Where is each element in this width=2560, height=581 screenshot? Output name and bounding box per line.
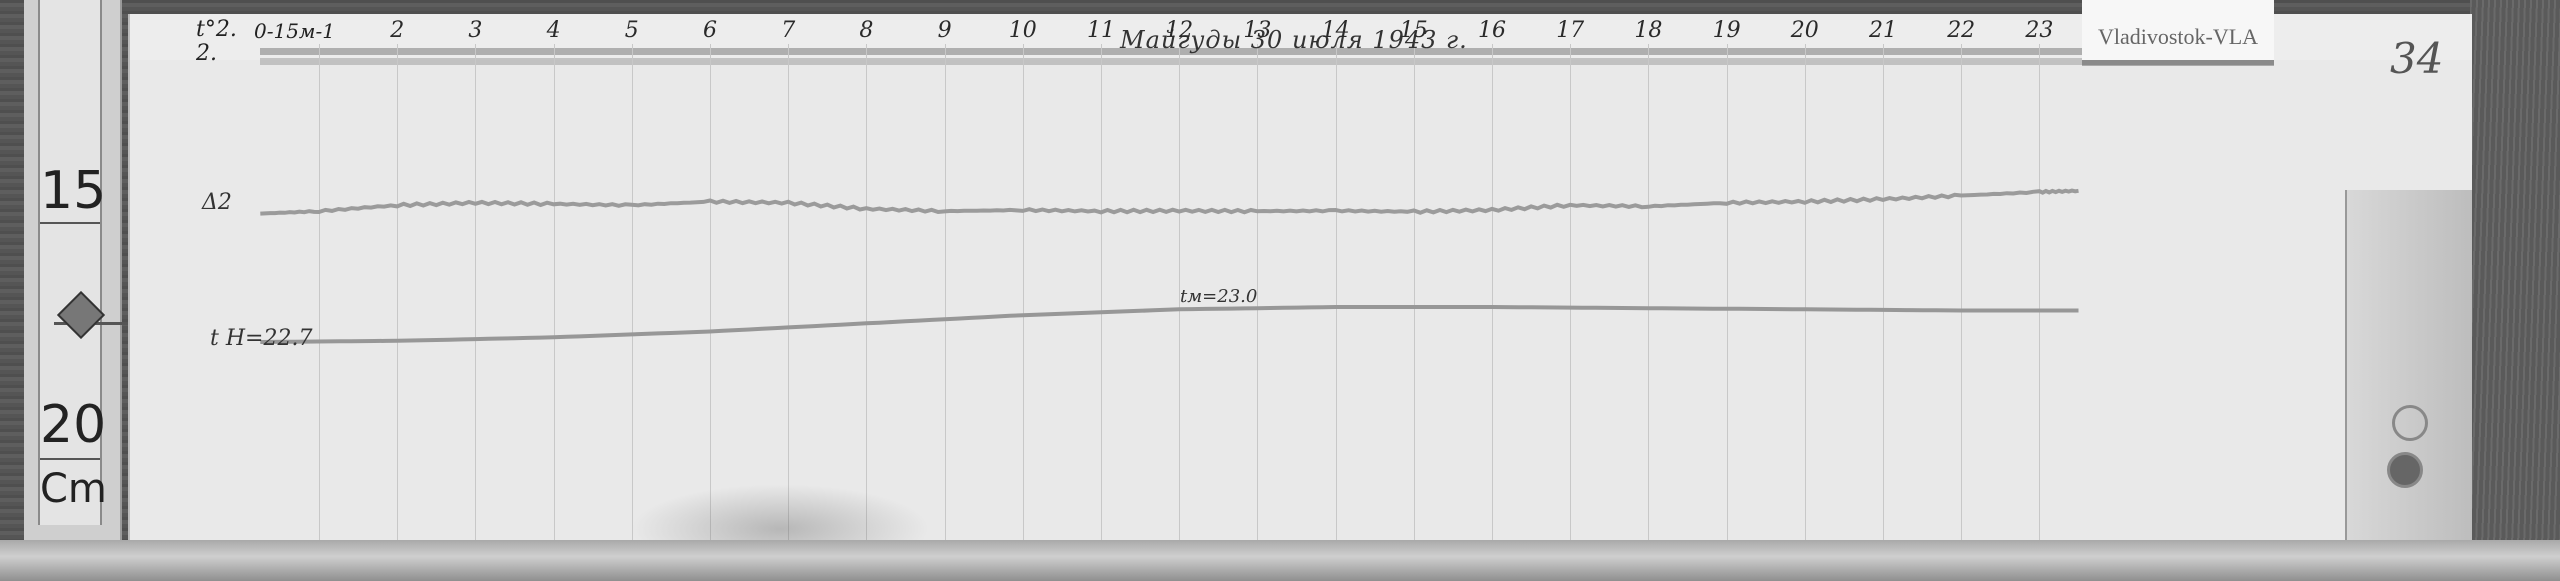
hour-tick-label: 23 xyxy=(2025,18,2053,43)
hour-tick-label: 8 xyxy=(859,18,873,43)
hour-tick-label: 16 xyxy=(1478,18,1506,43)
hour-tick-label: 21 xyxy=(1869,18,1897,43)
hour-tick-label: 17 xyxy=(1556,18,1584,43)
hour-tick-label: 2 xyxy=(390,18,404,43)
scale-ruler: 15 20 Cm xyxy=(24,0,122,540)
upper-trace xyxy=(260,191,2078,214)
ruler-unit: Cm xyxy=(40,462,100,516)
hour-tick-label: 22 xyxy=(1947,18,1975,43)
hour-tick-label: 7 xyxy=(781,18,795,43)
hour-tick-label: 5 xyxy=(625,18,639,43)
hour-tick-label: 20 xyxy=(1791,18,1819,43)
hour-tick-label: 13 xyxy=(1243,18,1271,43)
hour-tick-label: 12 xyxy=(1165,18,1193,43)
max-annotation: tм=23.0 xyxy=(1180,286,1257,307)
lower-trace xyxy=(260,307,2078,342)
hour-tick-label: 19 xyxy=(1713,18,1741,43)
wood-background-right xyxy=(2470,0,2560,581)
frame-bottom-bar xyxy=(0,540,2560,581)
ruler-mark-20: 20 xyxy=(40,392,100,460)
trace-plot xyxy=(130,14,2472,540)
hour-tick-label: 3 xyxy=(468,18,482,43)
hour-tick-label: 14 xyxy=(1322,18,1350,43)
clip-hole-icon xyxy=(2387,452,2423,488)
ruler-inner: 15 20 Cm xyxy=(38,0,102,525)
hour-tick-label: 9 xyxy=(938,18,952,43)
ruler-mark-15: 15 xyxy=(40,160,100,224)
hour-tick-label: 10 xyxy=(1009,18,1037,43)
clip-hole-icon xyxy=(2392,405,2428,441)
upper-trace-label: Δ2 xyxy=(202,190,232,215)
hour-tick-label: 11 xyxy=(1087,18,1115,43)
metal-clip xyxy=(2345,190,2472,540)
station-label-card: Vladivostok-VLA xyxy=(2082,0,2274,65)
hour-tick-label: 18 xyxy=(1634,18,1662,43)
hour-tick-label: 4 xyxy=(547,18,561,43)
chart-paper: t°2. 2. 0-15м-1 Майгуды 30 июля 1943 г. … xyxy=(128,14,2472,540)
hour-tick-label: 6 xyxy=(703,18,717,43)
lower-trace-label: t H=22.7 xyxy=(210,326,312,351)
hour-tick-label: 15 xyxy=(1400,18,1428,43)
sheet-number: 34 xyxy=(2390,34,2443,83)
